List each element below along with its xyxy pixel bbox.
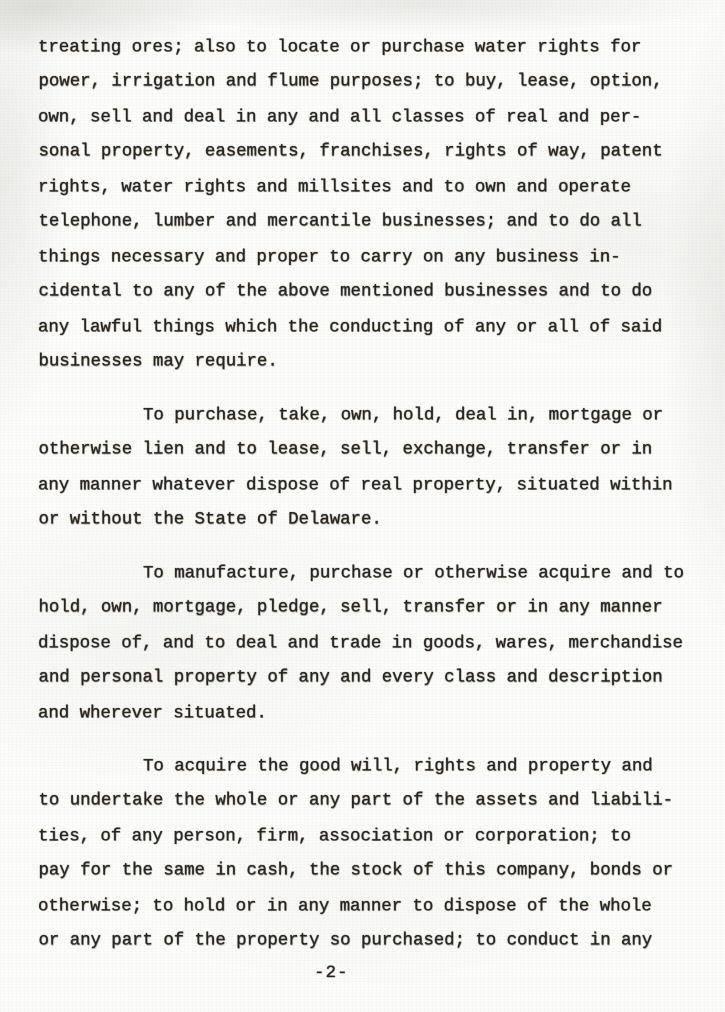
text-line: rights, water rights and millsites and t… — [38, 170, 704, 205]
page-number: -2- — [314, 963, 374, 983]
scanned-document-page: treating ores; also to locate or purchas… — [0, 0, 725, 1012]
text-line: businesses may require. — [39, 345, 705, 380]
text-line: To manufacture, purchase or otherwise ac… — [38, 556, 704, 591]
text-line: hold, own, mortgage, pledge, sell, trans… — [39, 591, 705, 626]
text-line: power, irrigation and flume purposes; to… — [39, 65, 705, 100]
text-line: any lawful things which the conducting o… — [38, 310, 704, 345]
text-line: and personal property of any and every c… — [39, 661, 705, 696]
text-line: or without the State of Delaware. — [39, 503, 705, 538]
paragraph: To acquire the good will, rights and pro… — [38, 749, 704, 959]
text-line: any manner whatever dispose of real prop… — [38, 468, 704, 503]
text-line: or any part of the property so purchased… — [39, 924, 705, 959]
paragraph: To manufacture, purchase or otherwise ac… — [38, 556, 704, 731]
text-line: pay for the same in cash, the stock of t… — [39, 854, 705, 889]
text-line: ties, of any person, firm, association o… — [38, 819, 704, 854]
text-line: things necessary and proper to carry on … — [38, 240, 704, 275]
paragraph: To purchase, take, own, hold, deal in, m… — [38, 398, 704, 538]
text-line: otherwise; to hold or in any manner to d… — [38, 889, 704, 924]
text-line: telephone, lumber and mercantile busines… — [39, 205, 705, 240]
text-line: to undertake the whole or any part of th… — [39, 784, 705, 819]
text-line: otherwise lien and to lease, sell, excha… — [39, 433, 705, 468]
text-line: own, sell and deal in any and all classe… — [38, 100, 704, 135]
text-line: To acquire the good will, rights and pro… — [38, 749, 704, 784]
text-line: and wherever situated. — [38, 696, 704, 731]
text-line: dispose of, and to deal and trade in goo… — [38, 626, 704, 661]
text-line: sonal property, easements, franchises, r… — [39, 135, 705, 170]
text-line: To purchase, take, own, hold, deal in, m… — [38, 398, 704, 433]
document-body: treating ores; also to locate or purchas… — [38, 30, 704, 959]
paragraph: treating ores; also to locate or purchas… — [38, 30, 704, 380]
text-line: cidental to any of the above mentioned b… — [39, 275, 705, 310]
text-line: treating ores; also to locate or purchas… — [38, 30, 704, 65]
